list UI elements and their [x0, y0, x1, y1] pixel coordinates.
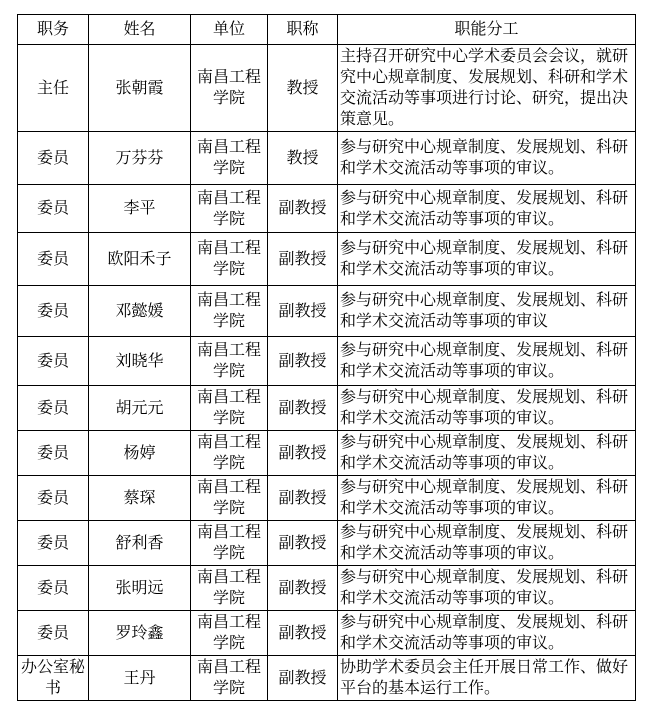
cell-unit: 南昌工程学院: [191, 611, 268, 656]
cell-unit: 南昌工程学院: [191, 286, 268, 337]
cell-title: 副教授: [268, 476, 338, 521]
cell-duty: 参与研究中心规章制度、发展规划、科研和学术交流活动等事项的审议。: [338, 337, 636, 386]
cell-position: 委员: [18, 431, 89, 476]
header-cell-title: 职称: [268, 15, 338, 45]
cell-position: 办公室秘书: [18, 656, 89, 701]
cell-title: 副教授: [268, 656, 338, 701]
table-row: 委员 李平 南昌工程学院 副教授 参与研究中心规章制度、发展规划、科研和学术交流…: [18, 185, 636, 233]
cell-position: 委员: [18, 132, 89, 185]
cell-title: 副教授: [268, 337, 338, 386]
cell-name: 张明远: [89, 566, 191, 611]
cell-duty: 参与研究中心规章制度、发展规划、科研和学术交流活动等事项的审议。: [338, 185, 636, 233]
header-cell-position: 职务: [18, 15, 89, 45]
cell-name: 罗玲鑫: [89, 611, 191, 656]
table-row: 委员 舒利香 南昌工程学院 副教授 参与研究中心规章制度、发展规划、科研和学术交…: [18, 521, 636, 566]
cell-title: 副教授: [268, 566, 338, 611]
table-header-row: 职务 姓名 单位 职称 职能分工: [18, 15, 636, 45]
cell-duty: 参与研究中心规章制度、发展规划、科研和学术交流活动等事项的审议。: [338, 233, 636, 286]
cell-name: 欧阳禾子: [89, 233, 191, 286]
table-row: 委员 万芬芬 南昌工程学院 教授 参与研究中心规章制度、发展规划、科研和学术交流…: [18, 132, 636, 185]
cell-unit: 南昌工程学院: [191, 337, 268, 386]
cell-position: 委员: [18, 233, 89, 286]
committee-roster-table: 职务 姓名 单位 职称 职能分工 主任 张朝霞 南昌工程学院 教授 主持召开研究…: [17, 14, 636, 701]
cell-name: 万芬芬: [89, 132, 191, 185]
cell-name: 舒利香: [89, 521, 191, 566]
cell-title: 副教授: [268, 611, 338, 656]
document-page: 职务 姓名 单位 职称 职能分工 主任 张朝霞 南昌工程学院 教授 主持召开研究…: [0, 0, 649, 725]
table-row: 主任 张朝霞 南昌工程学院 教授 主持召开研究中心学术委员会会议，就研究中心规章…: [18, 45, 636, 132]
header-cell-unit: 单位: [191, 15, 268, 45]
cell-name: 王丹: [89, 656, 191, 701]
header-cell-name: 姓名: [89, 15, 191, 45]
cell-title: 副教授: [268, 431, 338, 476]
table-row: 委员 胡元元 南昌工程学院 副教授 参与研究中心规章制度、发展规划、科研和学术交…: [18, 386, 636, 431]
cell-title: 教授: [268, 132, 338, 185]
cell-duty: 参与研究中心规章制度、发展规划、科研和学术交流活动等事项的审议: [338, 286, 636, 337]
cell-unit: 南昌工程学院: [191, 45, 268, 132]
table-row: 委员 蔡琛 南昌工程学院 副教授 参与研究中心规章制度、发展规划、科研和学术交流…: [18, 476, 636, 521]
cell-unit: 南昌工程学院: [191, 521, 268, 566]
cell-position: 委员: [18, 286, 89, 337]
table-row: 委员 罗玲鑫 南昌工程学院 副教授 参与研究中心规章制度、发展规划、科研和学术交…: [18, 611, 636, 656]
table-row: 委员 欧阳禾子 南昌工程学院 副教授 参与研究中心规章制度、发展规划、科研和学术…: [18, 233, 636, 286]
cell-duty: 参与研究中心规章制度、发展规划、科研和学术交流活动等事项的审议。: [338, 611, 636, 656]
cell-duty: 参与研究中心规章制度、发展规划、科研和学术交流活动等事项的审议。: [338, 566, 636, 611]
cell-title: 副教授: [268, 286, 338, 337]
cell-duty: 参与研究中心规章制度、发展规划、科研和学术交流活动等事项的审议。: [338, 521, 636, 566]
cell-duty: 参与研究中心规章制度、发展规划、科研和学术交流活动等事项的审议。: [338, 476, 636, 521]
cell-position: 委员: [18, 611, 89, 656]
cell-name: 胡元元: [89, 386, 191, 431]
cell-position: 主任: [18, 45, 89, 132]
cell-name: 李平: [89, 185, 191, 233]
cell-unit: 南昌工程学院: [191, 431, 268, 476]
table-row: 委员 杨婷 南昌工程学院 副教授 参与研究中心规章制度、发展规划、科研和学术交流…: [18, 431, 636, 476]
cell-duty: 主持召开研究中心学术委员会会议，就研究中心规章制度、发展规划、科研和学术交流活动…: [338, 45, 636, 132]
cell-position: 委员: [18, 476, 89, 521]
cell-title: 副教授: [268, 185, 338, 233]
cell-position: 委员: [18, 386, 89, 431]
cell-title: 副教授: [268, 233, 338, 286]
cell-title: 教授: [268, 45, 338, 132]
cell-name: 蔡琛: [89, 476, 191, 521]
cell-unit: 南昌工程学院: [191, 233, 268, 286]
cell-unit: 南昌工程学院: [191, 656, 268, 701]
cell-position: 委员: [18, 566, 89, 611]
cell-duty: 参与研究中心规章制度、发展规划、科研和学术交流活动等事项的审议。: [338, 431, 636, 476]
cell-duty: 参与研究中心规章制度、发展规划、科研和学术交流活动等事项的审议。: [338, 386, 636, 431]
cell-unit: 南昌工程学院: [191, 132, 268, 185]
cell-unit: 南昌工程学院: [191, 185, 268, 233]
cell-duty: 参与研究中心规章制度、发展规划、科研和学术交流活动等事项的审议。: [338, 132, 636, 185]
cell-title: 副教授: [268, 386, 338, 431]
cell-title: 副教授: [268, 521, 338, 566]
table-row: 委员 刘晓华 南昌工程学院 副教授 参与研究中心规章制度、发展规划、科研和学术交…: [18, 337, 636, 386]
cell-position: 委员: [18, 185, 89, 233]
header-cell-duty: 职能分工: [338, 15, 636, 45]
cell-unit: 南昌工程学院: [191, 386, 268, 431]
cell-duty: 协助学术委员会主任开展日常工作、做好平台的基本运行工作。: [338, 656, 636, 701]
cell-name: 杨婷: [89, 431, 191, 476]
table-row: 委员 张明远 南昌工程学院 副教授 参与研究中心规章制度、发展规划、科研和学术交…: [18, 566, 636, 611]
cell-name: 张朝霞: [89, 45, 191, 132]
cell-name: 邓懿媛: [89, 286, 191, 337]
cell-name: 刘晓华: [89, 337, 191, 386]
table-row: 委员 邓懿媛 南昌工程学院 副教授 参与研究中心规章制度、发展规划、科研和学术交…: [18, 286, 636, 337]
cell-unit: 南昌工程学院: [191, 566, 268, 611]
cell-position: 委员: [18, 521, 89, 566]
cell-position: 委员: [18, 337, 89, 386]
table-row: 办公室秘书 王丹 南昌工程学院 副教授 协助学术委员会主任开展日常工作、做好平台…: [18, 656, 636, 701]
cell-unit: 南昌工程学院: [191, 476, 268, 521]
